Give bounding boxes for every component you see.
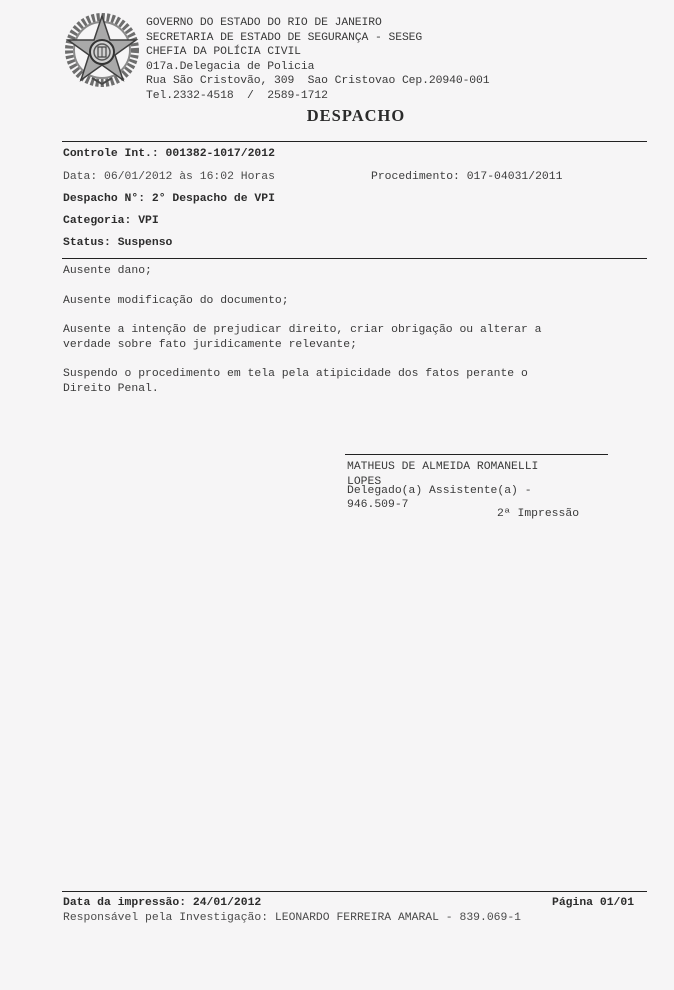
header-secretariat-line: SECRETARIA DE ESTADO DE SEGURANÇA - SESE… <box>146 31 422 45</box>
signatory-id: 946.509-7 <box>347 499 409 512</box>
signatory-name-line1: MATHEUS DE ALMEIDA ROMANELLI <box>347 461 538 474</box>
categoria-field: Categoria: VPI <box>63 214 159 228</box>
despacho-field: Despacho N°: 2° Despacho de VPI <box>63 192 275 206</box>
print-date-value: 24/01/2012 <box>193 897 261 909</box>
body-paragraph-4: Suspendo o procedimento em tela pela ati… <box>63 367 653 396</box>
procedimento-value: 017-04031/2011 <box>467 171 563 183</box>
responsible-field: Responsável pela Investigação: LEONARDO … <box>63 911 521 925</box>
print-date-field: Data da impressão: 24/01/2012 <box>63 896 261 910</box>
body-paragraph-1: Ausente dano; <box>63 264 653 279</box>
police-star-emblem-icon <box>64 12 140 88</box>
body-paragraph-2: Ausente modificação do documento; <box>63 294 653 309</box>
page-number-field: Página 01/01 <box>552 896 634 910</box>
data-value: 06/01/2012 às 16:02 Horas <box>104 171 275 183</box>
header-police-line: CHEFIA DA POLÍCIA CIVIL <box>146 45 301 59</box>
page-value: 01/01 <box>600 897 634 909</box>
document-title: DESPACHO <box>0 106 674 126</box>
controle-label: Controle Int.: <box>63 148 159 160</box>
controle-field: Controle Int.: 001382-1017/2012 <box>63 147 275 161</box>
data-label: Data: <box>63 171 97 183</box>
divider-top <box>62 141 647 142</box>
body-paragraph-3: Ausente a intenção de prejudicar direito… <box>63 323 653 352</box>
header-phone-line: Tel.2332-4518 / 2589-1712 <box>146 89 328 103</box>
procedimento-label: Procedimento: <box>371 171 460 183</box>
print-copy-note: 2ª Impressão <box>497 508 579 520</box>
status-field: Status: Suspenso <box>63 236 172 250</box>
signature-line <box>345 454 608 455</box>
header-government-line: GOVERNO DO ESTADO DO RIO DE JANEIRO <box>146 16 382 30</box>
status-label: Status: <box>63 237 111 249</box>
controle-value: 001382-1017/2012 <box>166 148 275 160</box>
divider-middle <box>62 258 647 259</box>
responsible-value: LEONARDO FERREIRA AMARAL - 839.069-1 <box>275 912 521 924</box>
despacho-label: Despacho N°: <box>63 193 145 205</box>
print-date-label: Data da impressão: <box>63 897 186 909</box>
despacho-value: 2° Despacho de VPI <box>152 193 275 205</box>
categoria-label: Categoria: <box>63 215 131 227</box>
header-address-line: Rua São Cristovão, 309 Sao Cristovao Cep… <box>146 74 490 88</box>
responsible-label: Responsável pela Investigação: <box>63 912 268 924</box>
data-field: Data: 06/01/2012 às 16:02 Horas <box>63 170 275 184</box>
signatory-role: Delegado(a) Assistente(a) - <box>347 485 532 498</box>
divider-footer <box>62 891 647 892</box>
page-label: Página <box>552 897 593 909</box>
categoria-value: VPI <box>138 215 159 227</box>
header-precinct-line: 017a.Delegacia de Policia <box>146 60 314 74</box>
procedimento-field: Procedimento: 017-04031/2011 <box>371 170 562 184</box>
status-value: Suspenso <box>118 237 173 249</box>
